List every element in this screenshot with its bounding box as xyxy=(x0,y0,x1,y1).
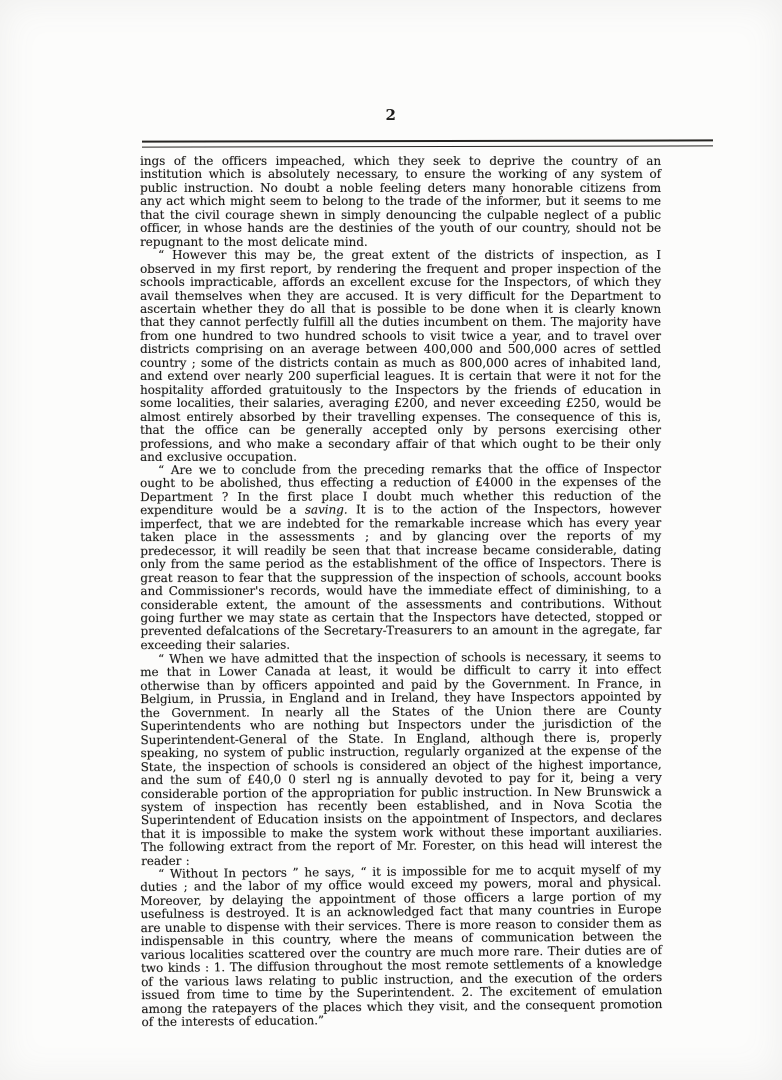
body-paragraph-quote: “ Without In pectors ” he says, “ it is … xyxy=(140,863,663,1029)
page-number: 2 xyxy=(0,106,782,124)
body-paragraph: “ When we have admitted that the inspect… xyxy=(140,650,662,868)
document-text-block: ings of the officers impeached, which th… xyxy=(140,155,661,1029)
body-paragraph: “ However this may be, the great extent … xyxy=(140,249,661,464)
scanned-document-page: 2 ings of the officers impeached, which … xyxy=(0,0,782,1080)
body-paragraph: “ Are we to conclude from the preceding … xyxy=(140,463,661,653)
header-double-rule xyxy=(142,139,713,147)
body-paragraph-continued: ings of the officers impeached, which th… xyxy=(140,155,661,249)
